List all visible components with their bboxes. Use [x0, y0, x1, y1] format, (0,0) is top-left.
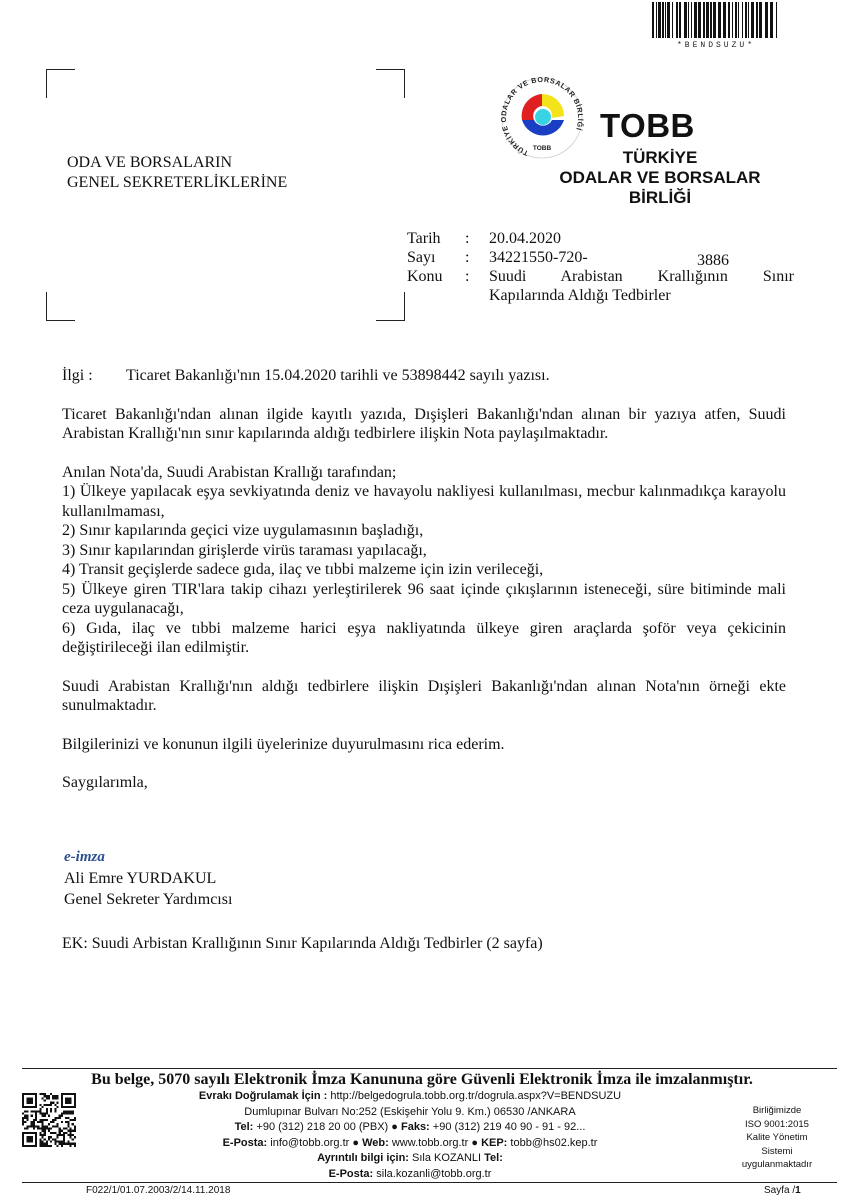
address-window-corner — [376, 292, 405, 321]
web-label: Web: — [362, 1137, 389, 1149]
page-label: Sayfa — [764, 1185, 790, 1196]
meta-date-row: Tarih : 20.04.2020 — [407, 229, 794, 248]
logo-organization-name: TÜRKİYE ODALAR VE BORSALAR BİRLİĞİ — [545, 148, 775, 208]
list-item: 3) Sınır kapılarından girişlerde virüs t… — [62, 541, 786, 561]
email-link[interactable]: info@tobb.org.tr — [270, 1137, 349, 1149]
reference-line: İlgi : Ticaret Bakanlığı'nın 15.04.2020 … — [62, 366, 786, 386]
list-intro: Anılan Nota'da, Suudi Arabistan Krallığı… — [62, 463, 786, 483]
reference-label: İlgi : — [62, 366, 126, 386]
kep-label: KEP: — [481, 1137, 507, 1149]
logo-name-line: ODALAR VE BORSALAR — [545, 168, 775, 188]
letter-body: İlgi : Ticaret Bakanlığı'nın 15.04.2020 … — [62, 366, 786, 793]
reference-text: Ticaret Bakanlığı'nın 15.04.2020 tarihli… — [126, 366, 550, 386]
fax-label: Faks: — [401, 1121, 430, 1133]
contact-name: Sıla KOZANLI — [412, 1152, 481, 1164]
e-signature-mark: e-imza — [64, 849, 105, 866]
bullet: ● — [471, 1137, 478, 1149]
phone-line: Tel: +90 (312) 218 20 00 (PBX) ● Faks: +… — [180, 1120, 640, 1136]
list-item: 5) Ülkeye giren TIR'lara takip cihazı ye… — [62, 580, 786, 619]
logo-name-line: BİRLİĞİ — [545, 188, 775, 208]
date-value: 20.04.2020 — [489, 229, 794, 248]
logo-name-line: TÜRKİYE — [545, 148, 775, 168]
colon: : — [465, 248, 489, 267]
iso-line: Kalite Yönetim — [727, 1131, 827, 1145]
iso-line: ISO 9001:2015 — [727, 1118, 827, 1132]
contact-line: Ayrıntılı bilgi için: Sıla KOZANLI Tel: — [180, 1151, 640, 1167]
iso-certification-note: Birliğimizde ISO 9001:2015 Kalite Yöneti… — [727, 1104, 827, 1172]
colon: : — [465, 267, 489, 286]
footer-divider — [22, 1068, 837, 1069]
bullet: ● — [352, 1137, 359, 1149]
paragraph: Suudi Arabistan Krallığı'nın aldığı tedb… — [62, 677, 786, 716]
form-code: F022/1/01.07.2003/2/14.11.2018 — [86, 1185, 230, 1196]
web-link[interactable]: www.tobb.org.tr — [392, 1137, 468, 1149]
contact-tel-label: Tel: — [484, 1152, 503, 1164]
page-number: Sayfa /1 — [764, 1185, 801, 1196]
tel-value: +90 (312) 218 20 00 (PBX) — [256, 1121, 388, 1133]
paragraph: Bilgilerinizi ve konunun ilgili üyelerin… — [62, 735, 786, 755]
email-label: E-Posta: — [223, 1137, 268, 1149]
bullet: ● — [391, 1121, 398, 1133]
iso-line: Sistemi — [727, 1145, 827, 1159]
address-window-corner — [376, 69, 405, 98]
subject-label: Konu — [407, 267, 465, 286]
signer-title: Genel Sekreter Yardımcısı — [64, 889, 232, 910]
meta-number-row: Sayı : 34221550-720- — [407, 248, 794, 267]
addressee: ODA VE BORSALARIN GENEL SEKRETERLİKLERİN… — [67, 153, 287, 193]
signer-block: Ali Emre YURDAKUL Genel Sekreter Yardımc… — [64, 868, 232, 910]
qr-code — [22, 1093, 76, 1147]
address-line: Dumlupınar Bulvarı No:252 (Eskişehir Yol… — [180, 1105, 640, 1121]
verify-label: Evrakı Doğrulamak İçin : — [199, 1090, 327, 1102]
contact-email-link[interactable]: sila.kozanli@tobb.org.tr — [376, 1168, 491, 1180]
number-value: 34221550-720- — [489, 248, 794, 267]
verify-url-link[interactable]: http://belgedogrula.tobb.org.tr/dogrula.… — [330, 1090, 621, 1102]
list-item: 4) Transit geçişlerde sadece gıda, ilaç … — [62, 560, 786, 580]
e-signature-legal-notice: Bu belge, 5070 sayılı Elektronik İmza Ka… — [0, 1071, 844, 1089]
barcode-text: *BENDSUZU* — [652, 41, 780, 50]
addressee-line: GENEL SEKRETERLİKLERİNE — [67, 173, 287, 193]
kep-link[interactable]: tobb@hs02.kep.tr — [510, 1137, 597, 1149]
colon: : — [465, 229, 489, 248]
closing: Saygılarımla, — [62, 773, 786, 793]
logo-acronym: TOBB — [600, 107, 695, 145]
footer-bottom-divider — [22, 1182, 837, 1183]
fax-value: +90 (312) 219 40 90 - 91 - 92... — [433, 1121, 586, 1133]
date-label: Tarih — [407, 229, 465, 248]
signer-name: Ali Emre YURDAKUL — [64, 868, 232, 889]
tel-label: Tel: — [235, 1121, 254, 1133]
subject-value: Suudi Arabistan Krallığının Sınır — [489, 267, 794, 286]
paragraph: Ticaret Bakanlığı'ndan alınan ilgide kay… — [62, 405, 786, 444]
email-web-line: E-Posta: info@tobb.org.tr ● Web: www.tob… — [180, 1136, 640, 1152]
subject-value-continued: Kapılarında Aldığı Tedbirler — [489, 286, 794, 305]
address-window-corner — [46, 69, 75, 98]
number-label: Sayı — [407, 248, 465, 267]
document-barcode — [652, 2, 780, 38]
footer-contact-info: Evrakı Doğrulamak İçin : http://belgedog… — [180, 1089, 640, 1182]
attachment-note: EK: Suudi Arbistan Krallığının Sınır Kap… — [62, 935, 543, 953]
address-window-corner — [46, 292, 75, 321]
page-value: 1 — [795, 1185, 801, 1196]
list-item: 2) Sınır kapılarında geçici vize uygulam… — [62, 521, 786, 541]
number-suffix: 3886 — [697, 251, 729, 270]
contact-label: Ayrıntılı bilgi için: — [317, 1152, 409, 1164]
list-item: 1) Ülkeye yapılacak eşya sevkiyatında de… — [62, 482, 786, 521]
contact-email-line: E-Posta: sila.kozanli@tobb.org.tr — [180, 1167, 640, 1183]
iso-line: Birliğimizde — [727, 1104, 827, 1118]
list-item: 6) Gıda, ilaç ve tıbbi malzeme harici eş… — [62, 619, 786, 658]
verify-line: Evrakı Doğrulamak İçin : http://belgedog… — [180, 1089, 640, 1105]
document-meta: Tarih : 20.04.2020 Sayı : 34221550-720- … — [407, 229, 794, 305]
addressee-line: ODA VE BORSALARIN — [67, 153, 287, 173]
meta-subject-row: Konu : Suudi Arabistan Krallığının Sınır — [407, 267, 794, 286]
contact-email-label: E-Posta: — [329, 1168, 374, 1180]
iso-line: uygulanmaktadır — [727, 1158, 827, 1172]
